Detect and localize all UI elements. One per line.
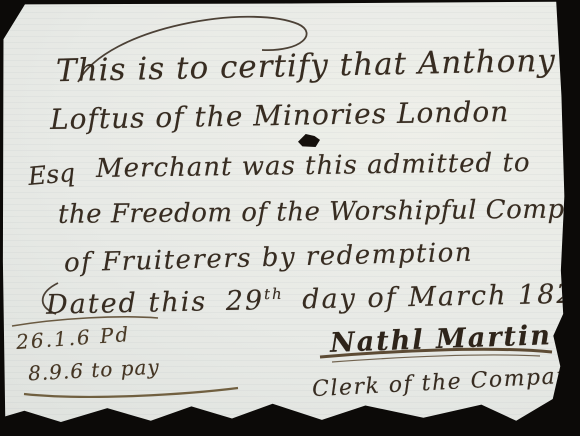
fee-to-pay-note: 8.9.6 to pay xyxy=(27,355,160,386)
certificate-line-3: Merchant was this admitted to xyxy=(96,148,531,184)
certificate-document: This is to certify that Anthony Loftus o… xyxy=(0,0,580,436)
date-prefix: Dated this xyxy=(46,286,208,320)
ink-blot xyxy=(298,134,320,147)
date-suffix: day of March 1827 xyxy=(302,278,580,315)
certificate-line-5: of Fruiterers by redemption xyxy=(64,238,474,279)
clerk-signature: Nathl Martin xyxy=(330,320,553,359)
date-ordinal: th xyxy=(264,285,284,303)
certificate-line-3-lead: Esq xyxy=(27,158,76,191)
photo-backdrop: This is to certify that Anthony Loftus o… xyxy=(0,0,580,436)
certificate-line-4: the Freedom of the Worshipful Company xyxy=(58,194,580,230)
certificate-line-2: Loftus of the Minories London xyxy=(50,95,510,136)
date-day: 29 xyxy=(225,285,264,317)
clerk-signature-title: Clerk of the Company xyxy=(312,363,580,402)
fee-paid-note: 26.1.6 Pd xyxy=(15,322,131,354)
certificate-line-1: This is to certify that Anthony xyxy=(56,43,557,89)
certificate-date-line: Dated this 29th day of March 1827 xyxy=(46,278,580,320)
